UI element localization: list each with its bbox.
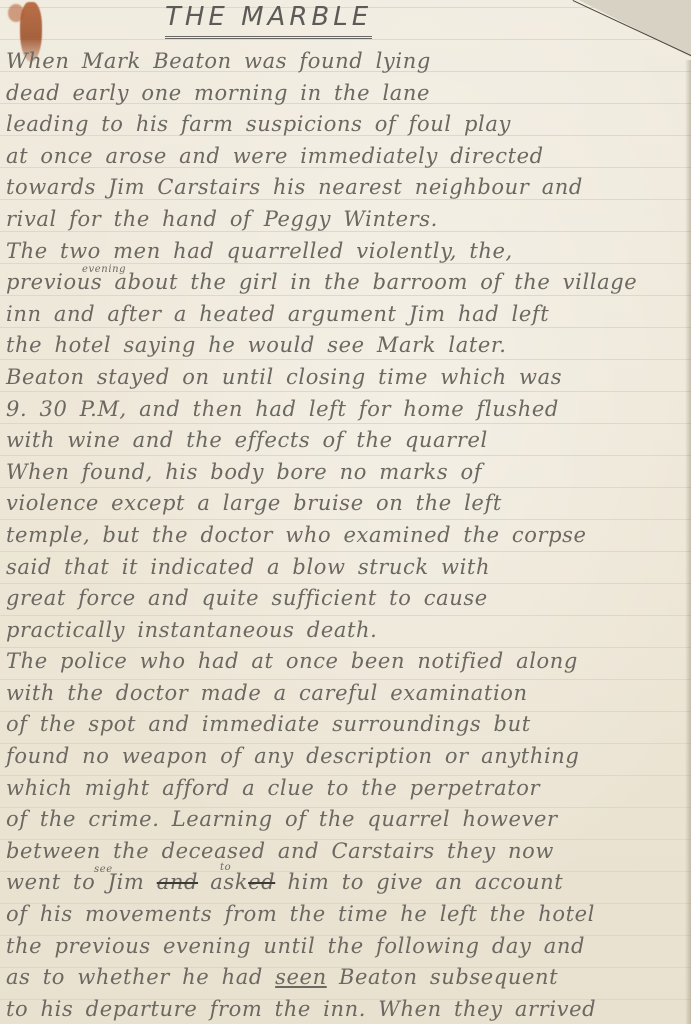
text-line: violence except a large bruise on the le… [6,488,686,520]
text-line: with the doctor made a careful examinati… [6,678,686,710]
handwritten-body: When Mark Beaton was found lying dead ea… [6,46,686,1024]
text-line: the hotel saying he would see Mark later… [6,330,686,362]
text-line: said that it indicated a blow struck wit… [6,552,686,584]
line-text-middle: ask [198,870,248,894]
text-line: the previous evening until the following… [6,931,686,963]
text-line: towards Jim Carstairs his nearest neighb… [6,172,686,204]
text-line: leading to his farm suspicions of foul p… [6,109,686,141]
text-line: at once arose and were immediately direc… [6,141,686,173]
text-line: as to whether he had seen Beaton subsequ… [6,962,686,994]
text-line: which might afford a clue to the perpetr… [6,773,686,805]
text-line: practically instantaneous death. [6,615,686,647]
struck-word-and: and [157,870,198,894]
line-text-before: went to Jim [6,870,157,894]
text-line: between the deceased and Carstairs they … [6,836,686,868]
insertion-to: to [220,863,231,873]
line-text-before: as to whether he had [6,965,275,989]
text-line: found no weapon of any description or an… [6,741,686,773]
text-line: temple, but the doctor who examined the … [6,520,686,552]
text-line: When Mark Beaton was found lying [6,46,686,78]
text-line: dead early one morning in the lane [6,78,686,110]
underlined-word-seen: seen [275,965,327,989]
line-text-after: him to give an account [275,870,563,894]
text-line: to his departure from the inn. When they… [6,994,686,1024]
text-line: see to went to Jim and asked him to give… [6,867,686,899]
rust-stain-blot [8,4,24,22]
line-text-after: Beaton subsequent [327,965,558,989]
text-line: great force and quite sufficient to caus… [6,583,686,615]
insertion-evening: evening [82,265,126,275]
document-title: THE MARBLE [165,0,372,39]
text-line: of the crime. Learning of the quarrel ho… [6,804,686,836]
insertion-see: see [94,865,113,875]
text-line: with wine and the effects of the quarrel [6,425,686,457]
text-line: inn and after a heated argument Jim had … [6,299,686,331]
text-line: When found, his body bore no marks of [6,457,686,489]
text-line: The police who had at once been notified… [6,646,686,678]
struck-suffix-ed: ed [248,870,275,894]
text-line: evening previous about the girl in the b… [6,267,686,299]
manuscript-page: THE MARBLE When Mark Beaton was found ly… [0,0,691,1024]
text-line: 9. 30 P.M, and then had left for home fl… [6,394,686,426]
text-line: of the spot and immediate surroundings b… [6,709,686,741]
text-line: of his movements from the time he left t… [6,899,686,931]
text-line: rival for the hand of Peggy Winters. [6,204,686,236]
text-line: Beaton stayed on until closing time whic… [6,362,686,394]
text-line: The two men had quarrelled violently, th… [6,236,686,268]
